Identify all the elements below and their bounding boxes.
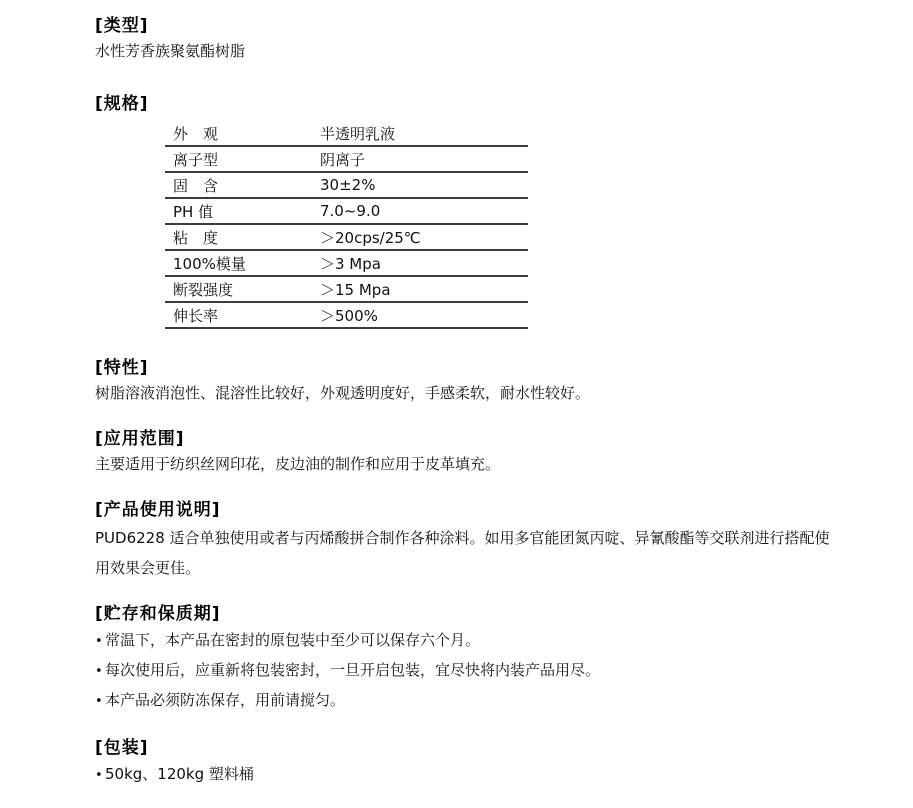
bullet-icon: • [95, 761, 105, 790]
section-type-body: 水性芳香族聚氨酯树脂 [95, 40, 873, 63]
storage-bullet-item: •本产品必须防冻保存，用前请搅匀。 [95, 686, 873, 716]
spec-value: 30±2% [320, 172, 528, 198]
spec-label: PH 值 [165, 198, 320, 224]
spec-label: 伸长率 [165, 302, 320, 328]
bullet-icon: • [95, 657, 105, 686]
section-application-heading: [应用范围] [95, 427, 873, 451]
table-row: 外 观 半透明乳液 [165, 121, 528, 146]
spec-label: 外 观 [165, 121, 320, 146]
spec-label: 离子型 [165, 146, 320, 172]
table-row: 断裂强度 ＞15 Mpa [165, 276, 528, 302]
section-usage-body: PUD6228 适合单独使用或者与丙烯酸拼合制作各种涂料。如用多官能团氮丙啶、异… [95, 523, 843, 583]
datasheet-page: [类型] 水性芳香族聚氨酯树脂 [规格] 外 观 半透明乳液 离子型 阴离子 固… [0, 0, 913, 808]
table-row: 伸长率 ＞500% [165, 302, 528, 328]
section-type: [类型] 水性芳香族聚氨酯树脂 [95, 14, 873, 63]
table-row: 粘 度 ＞20cps/25℃ [165, 224, 528, 250]
section-usage: [产品使用说明] PUD6228 适合单独使用或者与丙烯酸拼合制作各种涂料。如用… [95, 498, 873, 583]
storage-bullet-item: •常温下，本产品在密封的原包装中至少可以保存六个月。 [95, 626, 873, 656]
spec-label: 固 含 [165, 172, 320, 198]
section-application: [应用范围] 主要适用于纺织丝网印花，皮边油的制作和应用于皮革填充。 [95, 427, 873, 476]
spec-value: ＞20cps/25℃ [320, 224, 528, 250]
spec-value: ＞500% [320, 302, 528, 328]
bullet-icon: • [95, 687, 105, 716]
spec-value: 半透明乳液 [320, 121, 528, 146]
spec-label: 100%模量 [165, 250, 320, 276]
table-row: 固 含 30±2% [165, 172, 528, 198]
packaging-bullet-text: 50kg、120kg 塑料桶 [105, 765, 254, 783]
spec-label: 粘 度 [165, 224, 320, 250]
section-packaging: [包装] •50kg、120kg 塑料桶 [95, 736, 873, 790]
section-characteristics: [特性] 树脂溶液消泡性、混溶性比较好，外观透明度好，手感柔软，耐水性较好。 [95, 356, 873, 405]
storage-bullet-text: 常温下，本产品在密封的原包装中至少可以保存六个月。 [105, 631, 480, 649]
section-characteristics-heading: [特性] [95, 356, 873, 380]
spec-value: 阴离子 [320, 146, 528, 172]
section-type-heading: [类型] [95, 14, 873, 38]
packaging-bullet-item: •50kg、120kg 塑料桶 [95, 760, 873, 790]
table-row: 离子型 阴离子 [165, 146, 528, 172]
section-characteristics-body: 树脂溶液消泡性、混溶性比较好，外观透明度好，手感柔软，耐水性较好。 [95, 382, 873, 405]
spec-label: 断裂强度 [165, 276, 320, 302]
table-row: PH 值 7.0~9.0 [165, 198, 528, 224]
storage-bullet-item: •每次使用后，应重新将包装密封，一旦开启包装，宜尽快将内装产品用尽。 [95, 656, 873, 686]
storage-bullet-text: 本产品必须防冻保存，用前请搅匀。 [105, 691, 345, 709]
section-packaging-heading: [包装] [95, 736, 873, 760]
spec-value: ＞3 Mpa [320, 250, 528, 276]
section-spec: [规格] 外 观 半透明乳液 离子型 阴离子 固 含 30±2% PH 值 7.… [95, 92, 873, 329]
spec-value: ＞15 Mpa [320, 276, 528, 302]
section-storage: [贮存和保质期] •常温下，本产品在密封的原包装中至少可以保存六个月。 •每次使… [95, 602, 873, 716]
spec-table: 外 观 半透明乳液 离子型 阴离子 固 含 30±2% PH 值 7.0~9.0… [165, 121, 528, 329]
spec-value: 7.0~9.0 [320, 198, 528, 224]
section-spec-heading: [规格] [95, 92, 873, 116]
bullet-icon: • [95, 627, 105, 656]
section-application-body: 主要适用于纺织丝网印花，皮边油的制作和应用于皮革填充。 [95, 453, 873, 476]
table-row: 100%模量 ＞3 Mpa [165, 250, 528, 276]
section-storage-heading: [贮存和保质期] [95, 602, 873, 626]
section-usage-heading: [产品使用说明] [95, 498, 873, 522]
storage-bullet-text: 每次使用后，应重新将包装密封，一旦开启包装，宜尽快将内装产品用尽。 [105, 661, 600, 679]
